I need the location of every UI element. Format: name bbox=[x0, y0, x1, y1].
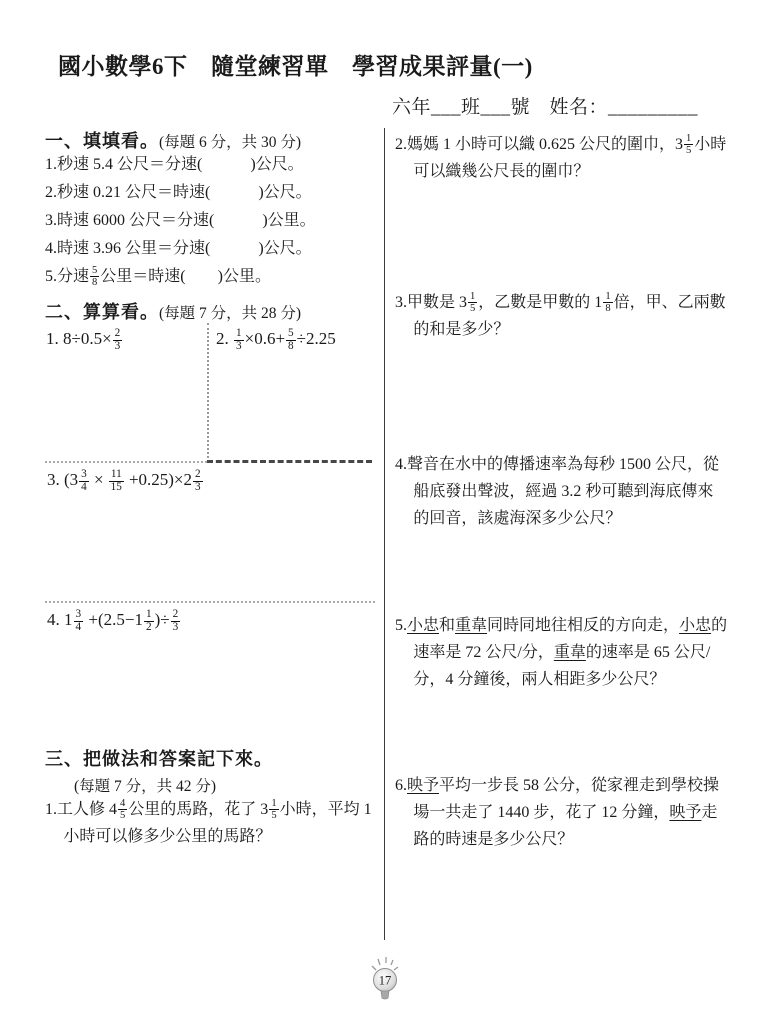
column-divider bbox=[384, 128, 385, 940]
underlined-name: 重韋 bbox=[455, 617, 487, 634]
word-problem-4: 4.聲音在水中的傳播速率為每秒 1500 公尺，從船底發出聲波，經過 3.2 秒… bbox=[395, 451, 728, 532]
fraction: 15 bbox=[468, 291, 477, 314]
word-problem-5: 5.小忠和重韋同時同地往相反的方向走，小忠的速率是 72 公尺/分，重韋的速率是… bbox=[395, 612, 728, 693]
worksheet-grid-divider-horizontal-left bbox=[45, 461, 207, 463]
page-number: 17 bbox=[379, 974, 392, 988]
worksheet-grid-divider-horizontal-right bbox=[207, 460, 372, 463]
fill-in-item-3: 3.時速 6000 公尺＝分速( )公里。 bbox=[45, 207, 381, 235]
calc-problem-4: 4. 134 +(2.5−112)÷23 bbox=[47, 609, 181, 634]
fill-in-item-2: 2.秒速 0.21 公尺＝時速( )公尺。 bbox=[45, 179, 381, 207]
section-3-score-note: (每題 7 分，共 42 分) bbox=[74, 774, 216, 796]
fraction: 34 bbox=[79, 469, 89, 494]
fill-in-item-4: 4.時速 3.96 公里＝分速( )公尺。 bbox=[45, 235, 381, 263]
fill-in-list: 1.秒速 5.4 公尺＝分速( )公尺。 2.秒速 0.21 公尺＝時速( )公… bbox=[45, 151, 381, 291]
section-1-score-note: (每題 6 分，共 30 分) bbox=[159, 134, 301, 151]
section-2-heading-row: 二、算算看。(每題 7 分，共 28 分) bbox=[45, 298, 381, 324]
underlined-name: 小忠 bbox=[407, 617, 439, 634]
calc-problem-1: 1. 8÷0.5×23 bbox=[46, 328, 123, 353]
fraction: 13 bbox=[234, 328, 244, 353]
underlined-name: 映予 bbox=[669, 804, 701, 821]
calc-problem-3: 3. (334 × 1115 +0.25)×223 bbox=[47, 469, 204, 494]
lightbulb-base bbox=[381, 991, 389, 999]
word-problem-2: 2.媽媽 1 小時可以織 0.625 公尺的圍巾，315小時可以織幾公尺長的圍巾… bbox=[395, 131, 728, 185]
fraction: 1115 bbox=[109, 469, 124, 494]
worksheet-grid-divider-vertical bbox=[207, 323, 209, 462]
fraction: 23 bbox=[171, 609, 181, 634]
student-info-line: 六年___班___號 姓名：_________ bbox=[392, 92, 698, 119]
underlined-name: 映予 bbox=[407, 777, 439, 794]
fraction: 12 bbox=[144, 609, 154, 634]
page-title: 國小數學6下 隨堂練習單 學習成果評量(一) bbox=[58, 48, 533, 81]
underlined-name: 重韋 bbox=[554, 644, 586, 661]
section-2-score-note: (每題 7 分，共 28 分) bbox=[159, 305, 301, 322]
underlined-name: 小忠 bbox=[679, 617, 711, 634]
calc-problem-2: 2. 13×0.6+58÷2.25 bbox=[216, 328, 336, 353]
fraction: 15 bbox=[269, 798, 278, 821]
section-1-heading: 一、填填看。 bbox=[45, 131, 159, 151]
section-3-heading: 三、把做法和答案記下來。 bbox=[45, 745, 381, 771]
section-2-heading: 二、算算看。 bbox=[45, 302, 159, 322]
fraction: 45 bbox=[118, 798, 127, 821]
fraction: 34 bbox=[74, 609, 84, 634]
fill-in-item-5: 5.分速58公里＝時速( )公里。 bbox=[45, 263, 381, 291]
section-1-heading-row: 一、填填看。(每題 6 分，共 30 分) bbox=[45, 127, 381, 153]
word-problem-3: 3.甲數是 315，乙數是甲數的 118倍，甲、乙兩數的和是多少？ bbox=[395, 289, 728, 343]
fraction: 58 bbox=[286, 328, 296, 353]
fraction: 23 bbox=[113, 328, 123, 353]
word-problem-s3-1: 1.工人修 445公里的馬路，花了 315小時，平均 1 小時可以修多少公里的馬… bbox=[45, 796, 381, 850]
worksheet-grid-divider-horizontal-2 bbox=[45, 601, 375, 603]
fraction: 18 bbox=[603, 291, 612, 314]
fraction: 15 bbox=[684, 133, 693, 156]
word-problem-6: 6.映予平均一步長 58 公分，從家裡走到學校操場一共走了 1440 步，花了 … bbox=[395, 772, 728, 853]
lightbulb-icon: 17 bbox=[364, 954, 404, 1011]
fraction: 58 bbox=[90, 265, 99, 288]
fraction: 23 bbox=[193, 469, 203, 494]
fill-in-item-1: 1.秒速 5.4 公尺＝分速( )公尺。 bbox=[45, 151, 381, 179]
